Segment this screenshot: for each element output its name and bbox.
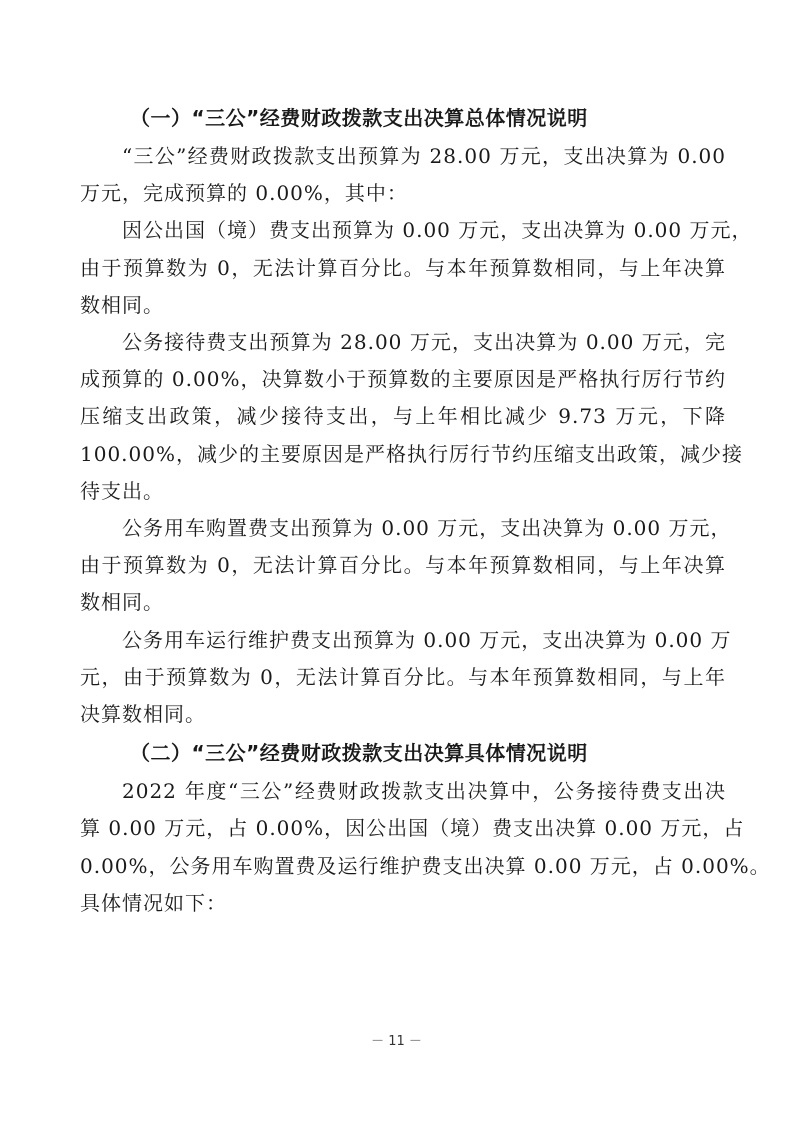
paragraph-total-budget: “三公”经费财政拨款支出预算为 28.00 万元，支出决算为 0.00 万元，完… bbox=[80, 138, 726, 212]
text-line: 公务接待费支出预算为 28.00 万元，支出决算为 0.00 万元，完 bbox=[80, 324, 726, 361]
text-line: 由于预算数为 0，无法计算百分比。与本年预算数相同，与上年决算 bbox=[80, 547, 726, 584]
text-line: “三公”经费财政拨款支出预算为 28.00 万元，支出决算为 0.00 bbox=[80, 138, 726, 175]
section-heading-overall: （一）“三公”经费财政拨款支出决算总体情况说明 bbox=[80, 98, 726, 138]
text-line: 万元，完成预算的 0.00%，其中： bbox=[80, 175, 726, 212]
paragraph-vehicle-purchase: 公务用车购置费支出预算为 0.00 万元，支出决算为 0.00 万元， 由于预算… bbox=[80, 510, 726, 622]
text-line: 具体情况如下： bbox=[80, 885, 726, 922]
text-line: 算 0.00 万元，占 0.00%，因公出国（境）费支出决算 0.00 万元，占 bbox=[80, 810, 726, 847]
paragraph-2022-breakdown: 2022 年度“三公”经费财政拨款支出决算中，公务接待费支出决 算 0.00 万… bbox=[80, 773, 726, 922]
text-line: 数相同。 bbox=[80, 287, 726, 324]
text-line: 由于预算数为 0，无法计算百分比。与本年预算数相同，与上年决算 bbox=[80, 250, 726, 287]
text-line: 决算数相同。 bbox=[80, 696, 726, 733]
text-line: 0.00%，公务用车购置费及运行维护费支出决算 0.00 万元，占 0.00%。 bbox=[80, 848, 726, 885]
text-line: 元，由于预算数为 0，无法计算百分比。与本年预算数相同，与上年 bbox=[80, 659, 726, 696]
text-line: 因公出国（境）费支出预算为 0.00 万元，支出决算为 0.00 万元， bbox=[80, 212, 726, 249]
text-line: 成预算的 0.00%，决算数小于预算数的主要原因是严格执行厉行节约 bbox=[80, 361, 726, 398]
document-page: （一）“三公”经费财政拨款支出决算总体情况说明 “三公”经费财政拨款支出预算为 … bbox=[80, 98, 726, 922]
paragraph-vehicle-maintenance: 公务用车运行维护费支出预算为 0.00 万元，支出决算为 0.00 万 元，由于… bbox=[80, 622, 726, 734]
text-line: 2022 年度“三公”经费财政拨款支出决算中，公务接待费支出决 bbox=[80, 773, 726, 810]
paragraph-reception: 公务接待费支出预算为 28.00 万元，支出决算为 0.00 万元，完 成预算的… bbox=[80, 324, 726, 510]
text-line: 公务用车运行维护费支出预算为 0.00 万元，支出决算为 0.00 万 bbox=[80, 622, 726, 659]
paragraph-overseas-travel: 因公出国（境）费支出预算为 0.00 万元，支出决算为 0.00 万元， 由于预… bbox=[80, 212, 726, 324]
text-line: 公务用车购置费支出预算为 0.00 万元，支出决算为 0.00 万元， bbox=[80, 510, 726, 547]
page-number: － 11 － bbox=[0, 1030, 793, 1049]
section-heading-specific: （二）“三公”经费财政拨款支出决算具体情况说明 bbox=[80, 733, 726, 773]
text-line: 压缩支出政策，减少接待支出，与上年相比减少 9.73 万元，下降 bbox=[80, 398, 726, 435]
text-line: 100.00%，减少的主要原因是严格执行厉行节约压缩支出政策，减少接 bbox=[80, 436, 726, 473]
text-line: 待支出。 bbox=[80, 473, 726, 510]
text-line: 数相同。 bbox=[80, 584, 726, 621]
